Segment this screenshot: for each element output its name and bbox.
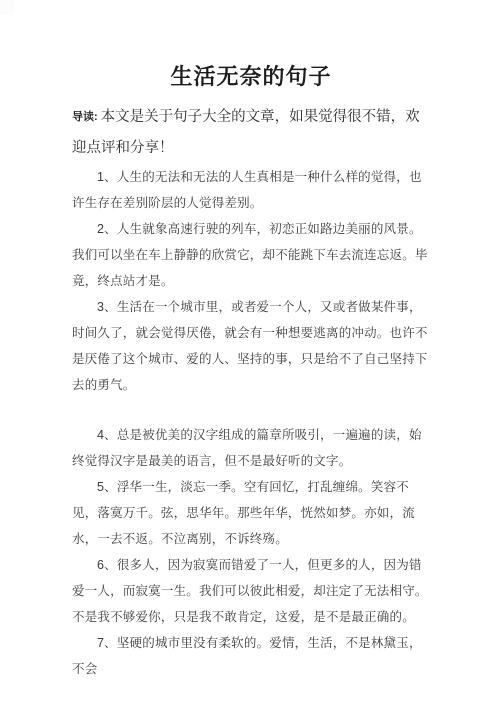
- article-title: 生活无奈的句子: [72, 62, 430, 92]
- paragraph-6: 6、很多人，因为寂寞而错爱了一人，但更多的人，因为错爱一人，而寂寞一生。我们可以…: [72, 552, 430, 630]
- article-content: 生活无奈的句子 导读:本文是关于句子大全的文章，如果觉得很不错，欢迎点评和分享！…: [72, 0, 430, 682]
- paragraph-4: 4、总是被优美的汉字组成的篇章所吸引，一遍遍的读，始终觉得汉字是最美的语言，但不…: [72, 422, 430, 474]
- document-page: 生活无奈的句子 导读:本文是关于句子大全的文章，如果觉得很不错，欢迎点评和分享！…: [0, 0, 500, 708]
- paragraph-5: 5、浮华一生，淡忘一季。空有回忆，打乱缠绵。笑容不见，落寞万千。弦，思华年。那些…: [72, 474, 430, 552]
- paragraph-1: 1、人生的无法和无法的人生真相是一种什么样的觉得，也许生存在差别阶层的人觉得差别…: [72, 164, 430, 216]
- paragraph-2: 2、人生就象高速行驶的列车，初恋正如路边美丽的风景。我们可以坐在车上静静的欣赏它…: [72, 216, 430, 294]
- page-corner-artifact: [0, 0, 15, 15]
- intro-label: 导读:: [72, 111, 98, 123]
- paragraph-7: 7、坚硬的城市里没有柔软的。爱情，生活，不是林黛玉，不会: [72, 630, 430, 682]
- paragraph-3: 3、生活在一个城市里，或者爱一个人，又或者做某件事，时间久了，就会觉得厌倦，就会…: [72, 294, 430, 398]
- intro-paragraph: 导读:本文是关于句子大全的文章，如果觉得很不错，欢迎点评和分享！: [72, 102, 430, 164]
- article-body: 1、人生的无法和无法的人生真相是一种什么样的觉得，也许生存在差别阶层的人觉得差别…: [72, 164, 430, 682]
- intro-text: 本文是关于句子大全的文章，如果觉得很不错，欢迎点评和分享！: [72, 109, 420, 156]
